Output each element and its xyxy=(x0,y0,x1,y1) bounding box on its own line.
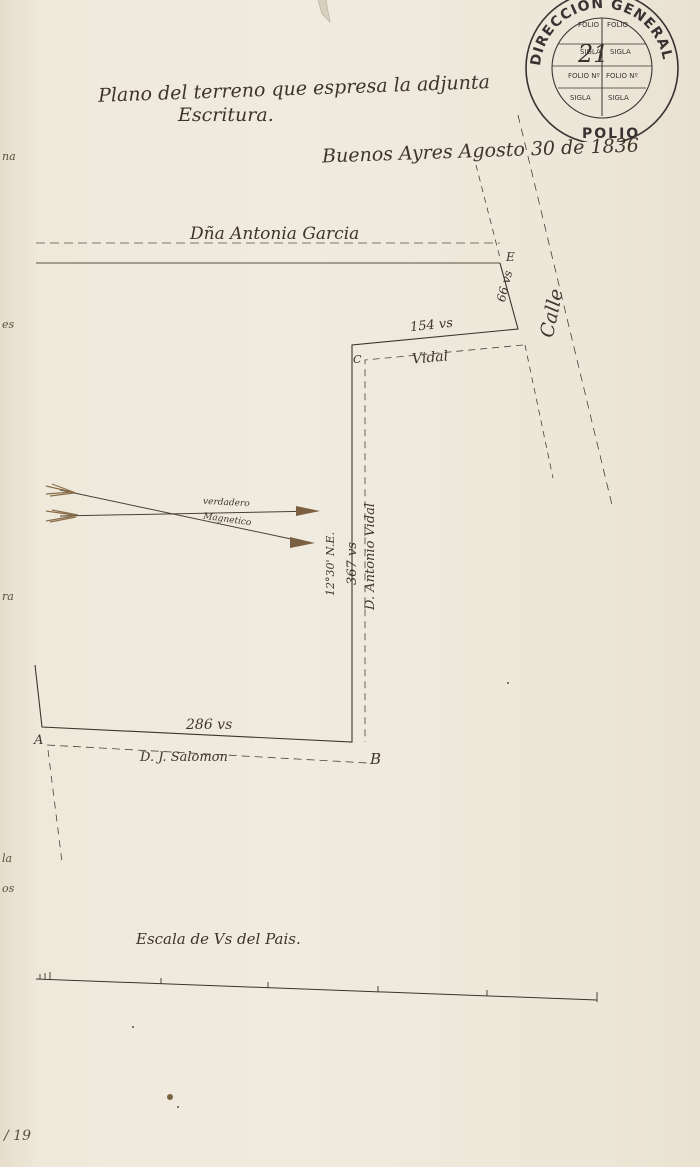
east-neighbor-top-label: Vidal xyxy=(411,348,448,367)
margin-note: es xyxy=(2,318,14,331)
margin-note: ra xyxy=(2,590,14,603)
scale-label: Escala de Vs del Pais. xyxy=(136,930,301,948)
south-neighbor-label: D. J. Salomon xyxy=(140,750,228,765)
direccion-tierras-stamp: DIRECCION GENERAL DE TIERRAS POLIO FOLIO… xyxy=(522,0,682,142)
north-neighbor-label: Dña Antonia Garcia xyxy=(190,224,359,244)
survey-plan-document: DIRECCION GENERAL DE TIERRAS POLIO FOLIO… xyxy=(0,0,700,1167)
svg-text:FOLIO: FOLIO xyxy=(607,21,629,29)
svg-text:FOLIO Nº: FOLIO Nº xyxy=(568,72,600,80)
point-e-label: E xyxy=(506,250,515,264)
margin-note: na xyxy=(2,150,16,163)
dimension-east-side: 367 vs xyxy=(345,542,360,585)
svg-text:SIGLA: SIGLA xyxy=(608,94,629,102)
point-c-label: C xyxy=(353,353,361,366)
handwritten-folio-number: 21 xyxy=(578,40,609,68)
svg-text:FOLIO Nº: FOLIO Nº xyxy=(606,72,638,80)
east-neighbor-side-label: D. Antonio Vidal xyxy=(363,503,378,610)
magnetic-declination: 12°30' N.E. xyxy=(324,532,337,596)
svg-text:SIGLA: SIGLA xyxy=(610,48,631,56)
point-b-label: B xyxy=(370,750,381,768)
plan-title-line2: Escritura. xyxy=(178,104,274,126)
svg-text:SIGLA: SIGLA xyxy=(570,94,591,102)
dimension-south-side: 286 vs xyxy=(186,717,232,733)
margin-note: os xyxy=(2,882,14,895)
svg-text:FOLIO: FOLIO xyxy=(578,21,600,29)
point-a-label: A xyxy=(34,733,43,748)
margin-note: / 19 xyxy=(4,1128,31,1144)
margin-note: la xyxy=(2,852,12,865)
